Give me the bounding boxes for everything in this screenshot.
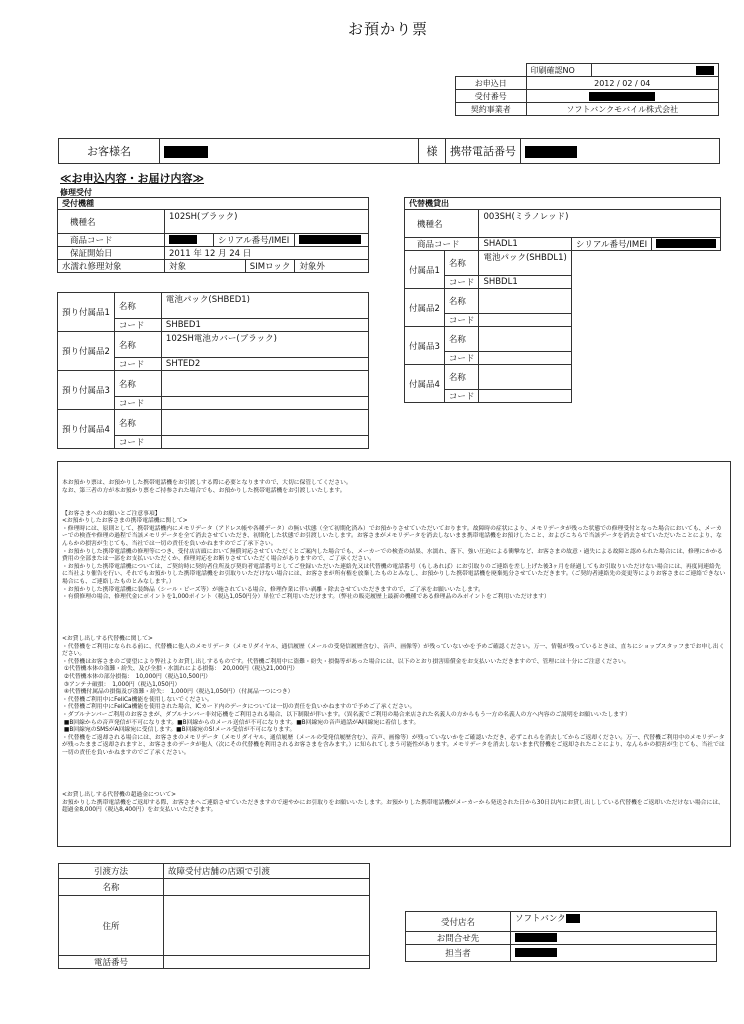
notice-text-box: 本お預かり票は、お預かりした携帯電話機をお引渡しする際に必要となりますので、大切… [57,461,731,847]
accessory-name-value: 102SH電池カバー(ブラック) [161,332,368,358]
delivery-phone-value [164,956,370,969]
accessory-name-label: 名称 [114,332,161,358]
loaner-product-code-label: 商品コード [405,238,479,251]
honorific: 様 [419,139,446,164]
accessory-code-value: SHBDL1 [479,276,571,289]
accessory-code-label: コード [114,397,161,410]
received-device-table: 受付機種 機種名 102SH(ブラック) 商品コード シリアル番号/IMEI 保… [57,197,369,273]
redacted-block [525,146,577,158]
product-code-label: 商品コード [58,234,165,247]
accessory-label: 預り付属品1 [58,293,115,332]
sim-lock-value: 対象外 [295,260,369,273]
print-confirm-label: 印刷確認NO [526,64,591,77]
customer-name-value [160,139,419,164]
carrier-label: 契約事業者 [456,103,527,116]
redacted-block [656,239,716,248]
store-name-value: ソフトバンク [511,912,717,932]
delivery-method-value: 故障受付店舗の店頭で引渡 [164,864,370,879]
notice-paragraph: 【お客さまへのお願いとご注意事項】 <お預かりしたお客さまの携帯電話機に関して>… [62,511,726,602]
accessory-name-label: 名称 [114,410,161,436]
loaner-serial-value [652,238,721,251]
accessory-name-value: 電池パック(SHBED1) [161,293,368,319]
notice-paragraph: 本お預かり票は、お預かりした携帯電話機をお引渡しする際に必要となりますので、大切… [62,480,726,495]
sim-lock-label: SIMロック [245,260,295,273]
accessory-name-label: 名称 [444,365,479,390]
accessory-label: 預り付属品3 [58,371,115,410]
warranty-label: 保証開始日 [58,247,165,260]
accessory-name-label: 名称 [114,371,161,397]
redacted-block [515,948,557,957]
accessory-label: 付属品2 [405,289,445,327]
notice-paragraph: <お貸し出しする代替機の超過金について> お預かりした携帯電話機をご返却する際、… [62,792,726,815]
store-name-text: ソフトバンク [515,914,566,924]
accessory-name-label: 名称 [444,327,479,352]
accessory-code-value [479,314,571,327]
delivery-address-value [164,896,370,956]
store-table: 受付店名 ソフトバンク お問合せ先 担当者 [405,911,717,962]
accessory-code-label: コード [444,390,479,403]
contact-label: お問合せ先 [406,932,511,945]
accessory-code-label: コード [444,314,479,327]
loaner-model-label: 機種名 [405,210,479,238]
delivery-table: 引渡方法 故障受付店舗の店頭で引渡 名称 住所 電話番号 [58,863,370,969]
accessory-code-label: コード [114,436,161,449]
reception-number-label: 受付番号 [456,90,527,103]
header-table: 印刷確認NO お申込日 2012 / 02 / 04 受付番号 契約事業者 ソフ… [455,63,719,116]
accessory-code-value [161,397,368,410]
loaner-product-code-value: SHADL1 [479,238,571,251]
accessory-code-value [479,352,571,365]
redacted-block [515,933,557,942]
accessory-label: 預り付属品2 [58,332,115,371]
notice-paragraph: <お貸し出しする代替機に関して> ・代替機をご利用になられる前に、代替機に他人の… [62,636,726,758]
redacted-block [169,235,197,244]
delivery-method-label: 引渡方法 [59,864,164,879]
serial-label: シリアル番号/IMEI [214,234,295,247]
phone-label: 携帯電話番号 [446,139,521,164]
redacted-block [566,914,580,923]
delivery-phone-label: 電話番号 [59,956,164,969]
accessory-code-label: コード [114,319,161,332]
accessory-code-value [161,436,368,449]
accessory-name-label: 名称 [444,289,479,314]
store-name-label: 受付店名 [406,912,511,932]
accessory-label: 付属品1 [405,251,445,289]
received-accessories-table: 預り付属品1名称電池パック(SHBED1)コードSHBED1預り付属品2名称10… [57,292,369,449]
page-title: お預かり票 [348,18,428,39]
accessory-name-label: 名称 [114,293,161,319]
accessory-code-label: コード [444,276,479,289]
reception-number-value [526,90,719,103]
delivery-name-value [164,879,370,896]
accessory-name-value: 電池パック(SHBDL1) [479,251,571,276]
loaner-heading: 代替機貸出 [405,198,721,210]
redacted-block [299,235,361,244]
accessory-label: 預り付属品4 [58,410,115,449]
delivery-address-label: 住所 [59,896,164,956]
serial-value [295,234,369,247]
water-damage-value: 対象 [165,260,246,273]
phone-value [521,139,720,164]
accessory-name-value [161,410,368,436]
warranty-value: 2011 年 12 月 24 日 [165,247,369,260]
print-confirm-value [591,64,719,77]
model-value: 102SH(ブラック) [165,210,369,234]
received-device-heading: 受付機種 [58,198,369,210]
accessory-code-value: SHBED1 [161,319,368,332]
accessory-label: 付属品3 [405,327,445,365]
accessory-code-label: コード [444,352,479,365]
loaner-model-value: 003SH(ミラノレッド) [479,210,721,238]
customer-table: お客様名 様 携帯電話番号 [58,138,720,164]
application-date-label: お申込日 [456,77,527,90]
application-date-value: 2012 / 02 / 04 [526,77,719,90]
accessory-name-label: 名称 [444,251,479,276]
loaner-serial-label: シリアル番号/IMEI [571,238,651,251]
redacted-block [589,92,655,101]
redacted-block [164,146,208,158]
carrier-value: ソフトバンクモバイル株式会社 [526,103,719,116]
accessory-name-value [479,289,571,314]
product-code-value [165,234,214,247]
accessory-name-value [161,371,368,397]
water-damage-label: 水濡れ修理対象 [58,260,165,273]
accessory-code-value [479,390,571,403]
accessory-code-label: コード [114,358,161,371]
customer-name-label: お客様名 [59,139,160,164]
model-label: 機種名 [58,210,165,234]
delivery-name-label: 名称 [59,879,164,896]
loaner-table: 代替機貸出 機種名 003SH(ミラノレッド) 商品コード SHADL1 シリア… [404,197,721,403]
accessory-name-value [479,365,571,390]
accessory-name-value [479,327,571,352]
contact-value [511,932,717,945]
redacted-block [696,66,714,75]
accessory-label: 付属品4 [405,365,445,403]
staff-label: 担当者 [406,945,511,962]
staff-value [511,945,717,962]
accessory-code-value: SHTED2 [161,358,368,371]
section-title: ≪お申込内容・お届け内容≫ [60,170,204,186]
